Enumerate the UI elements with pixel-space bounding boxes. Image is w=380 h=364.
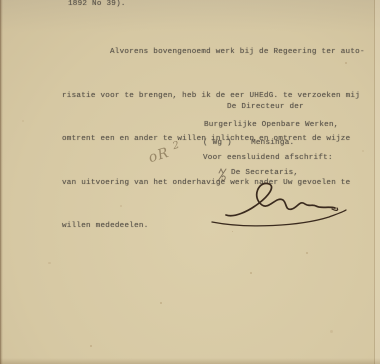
reference-line: 1892 No 39). [68,0,126,8]
paper-bottom-edge [0,358,380,364]
paper-right-edge-line [374,0,375,364]
body-line: Alvorens bovengenoemd werk bij de Regeer… [62,45,362,60]
certified-copy-line: Voor eensluidend afschrift: [203,154,333,162]
secretary-line: De Secretaris, [231,169,298,177]
signer-title-line2: Burgerlijke Openbare Werken, [204,121,339,129]
paper-right-edge [375,0,380,364]
body-line: risatie voor te brengen, heb ik de eer U… [62,89,362,104]
signer-title-line1: De Directeur der [227,103,304,111]
paper-left-edge [0,0,3,364]
secretary-signature [208,181,350,227]
document-scan: 1892 No 39). Alvorens bovengenoemd werk … [0,0,380,364]
signed-name-line: ( Wg ) Mensinga. [203,139,294,147]
